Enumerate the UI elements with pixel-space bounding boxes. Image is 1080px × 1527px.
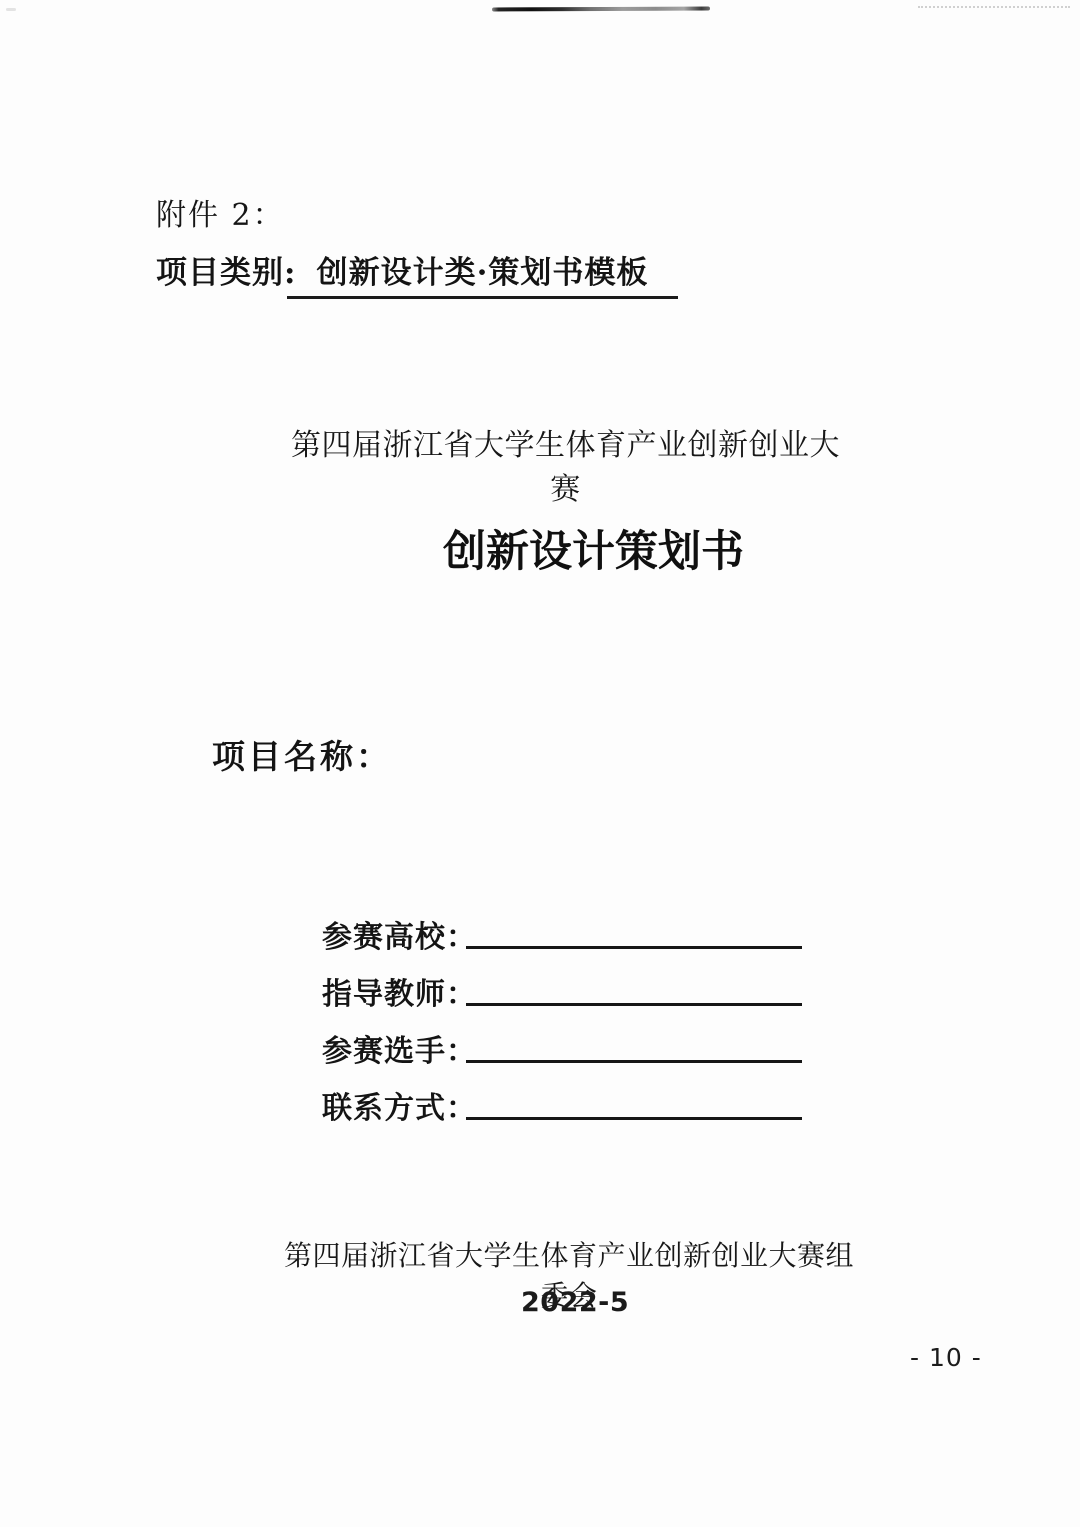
- project-category-value-underlined: 创新设计类·策划书模板: [287, 247, 678, 299]
- university-blank-line: [466, 946, 802, 949]
- form-row-advisor: 指导教师：: [322, 969, 802, 1009]
- project-category-label: 项目类别:: [156, 247, 296, 292]
- contact-blank-line: [466, 1117, 802, 1120]
- page-number: - 10 -: [910, 1343, 982, 1372]
- attachment-label: 附件 2：: [156, 190, 285, 234]
- advisor-blank-line: [466, 1003, 802, 1006]
- contestants-blank-line: [466, 1060, 802, 1063]
- form-row-contestants: 参赛选手：: [322, 1026, 802, 1066]
- document-title: 创新设计策划书: [443, 518, 733, 579]
- advisor-field-label: 指导教师：: [322, 969, 477, 1013]
- scan-artifact-line: [492, 7, 710, 12]
- scanned-document-page: 附件 2： 项目类别: 创新设计类·策划书模板 第四届浙江省大学生体育产业创新创…: [0, 0, 1080, 1527]
- scan-artifact-dotted-line: [918, 6, 1070, 8]
- university-field-label: 参赛高校：: [322, 912, 477, 956]
- contact-field-label: 联系方式：: [322, 1083, 477, 1127]
- competition-name: 第四届浙江省大学生体育产业创新创业大赛: [283, 420, 848, 508]
- form-row-university: 参赛高校：: [322, 912, 802, 952]
- form-row-contact: 联系方式：: [322, 1083, 802, 1123]
- scan-artifact-speck: [6, 8, 16, 11]
- project-name-label: 项目名称：: [212, 731, 392, 778]
- publication-date: 2022-5: [521, 1287, 629, 1318]
- project-category-row: 项目类别: 创新设计类·策划书模板: [156, 247, 856, 289]
- contestants-field-label: 参赛选手：: [322, 1026, 477, 1070]
- fill-in-form: 参赛高校： 指导教师： 参赛选手： 联系方式：: [322, 912, 802, 1140]
